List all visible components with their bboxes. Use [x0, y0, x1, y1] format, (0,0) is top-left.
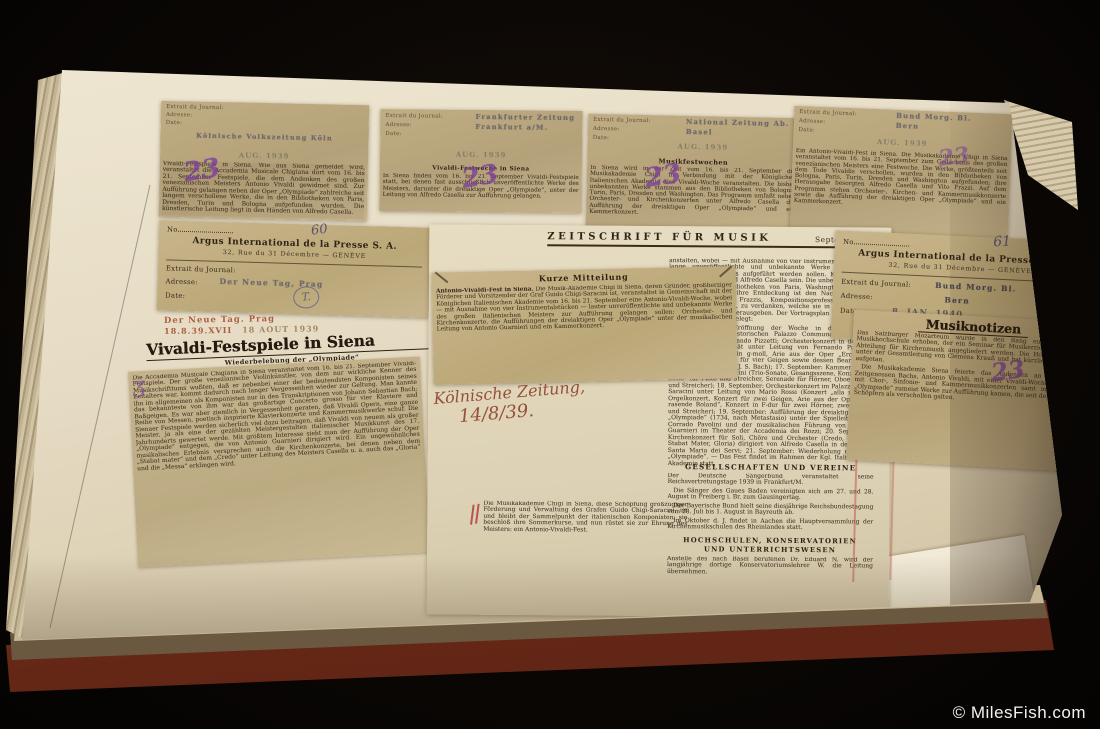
clipping-frankfurter-zeitung: Extrait du Journal: Adresse: Date: Frank…: [379, 109, 582, 213]
date-label: Date:: [385, 131, 402, 137]
right-clipping-paragraph: Die Musikakademie Siena feierte das Ande…: [854, 364, 1087, 408]
journal-address-stamp: Frankfurt a/M.: [475, 123, 548, 132]
left-clipping-body: Die Accademia Musicale Chigiana in Siena…: [132, 361, 425, 564]
journal-label: Extrait du Journal:: [841, 278, 911, 289]
societies-heading: GESELLSCHAFTEN UND VEREINE: [668, 462, 874, 472]
date-label: Date:: [593, 135, 610, 141]
clipping-body: Ein Antonio-Vivaldi-Fest in Siena. Die M…: [793, 148, 1008, 234]
purple-scribble: ʒ: [132, 373, 146, 399]
journal-stamp: Bund Morg. Bl.: [935, 281, 1017, 294]
watermark: © MilesFish.com: [953, 703, 1086, 723]
schools-body: Anstelle des nach Basel berufenen Dr. Ed…: [667, 556, 873, 585]
journal-address-stamp: Basel: [686, 128, 713, 137]
adresse-label: Adresse:: [840, 292, 873, 301]
magazine-title: ZEITSCHRIFT FÜR MUSIK: [547, 231, 771, 244]
journal-date-stamp-line2: 18.8.39.XVII: [164, 325, 232, 336]
handwritten-mark-23: 23: [460, 159, 501, 195]
handwritten-mark-23: 23: [937, 142, 971, 172]
clipping-bund-morgenblatt-1939: Extrait du Journal: Adresse: Date: Bund …: [790, 106, 1013, 240]
handwritten-mark-23: 23: [643, 159, 683, 194]
argus-letterhead-left: No 60 Argus International de la Presse S…: [157, 220, 431, 318]
societies-paragraphs: Der Deutsche Sängerbund veranstaltet sei…: [667, 473, 873, 534]
scrapbook-photo: Extrait du Journal: Adresse: Date: Kölni…: [0, 0, 1100, 729]
clipping-body: In Siena wird in der Zeit vom 16. bis 21…: [589, 165, 796, 229]
journal-address-stamp: Bern: [944, 295, 970, 305]
adresse-label: Adresse:: [593, 126, 620, 133]
adresse-label: Adresse:: [165, 277, 197, 286]
journal-label: Extrait du Journal:: [166, 264, 236, 274]
zeitschrift-fuer-musik-page: ZEITSCHRIFT FÜR MUSIK September 1939 ans…: [427, 224, 892, 617]
no-label: No: [843, 237, 909, 249]
journal-address-stamp: Bern: [896, 122, 920, 131]
adresse-label: Adresse:: [166, 112, 193, 119]
left-clipping-body-piece: Die Accademia Musicale Chigiana in Siena…: [128, 356, 430, 567]
societies-paragraph: Die Sänger des Gaues Baden vereinigten s…: [667, 488, 873, 502]
handwritten-number: 61: [993, 233, 1012, 250]
journal-label: Extrait du Journal:: [593, 117, 651, 124]
handwritten-initial: T.: [292, 285, 320, 309]
no-dotted-line: [854, 237, 909, 246]
societies-paragraph: Der Deutsche Sängerbund veranstaltet sei…: [668, 473, 874, 487]
journal-stamp: Kölnische Volkszeitung Köln: [160, 131, 368, 143]
societies-paragraph: Der Bayerische Bund hielt seine diesjähr…: [667, 503, 873, 517]
no-label: No: [167, 224, 233, 235]
journal-stamp: National Zeitung Ab. Bl.: [686, 118, 808, 129]
journal-label: Extrait du Journal:: [385, 113, 443, 120]
schools-heading-line1: HOCHSCHULEN, KONSERVATORIEN: [667, 536, 873, 545]
kurze-mitteilung-clipping: Kurze Mitteilung Antonio-Vivaldi-Fest in…: [432, 266, 738, 384]
handwritten-mark-23: 23: [989, 354, 1026, 387]
schools-heading-line2: UND UNTERRICHTSWESEN: [667, 545, 873, 554]
date-label: Date:: [798, 127, 815, 134]
date-label: Date:: [165, 291, 185, 300]
no-label-text: No: [167, 225, 178, 233]
journal-label: Extrait du Journal:: [166, 104, 224, 111]
date-stamp: AUG. 1939: [380, 149, 582, 160]
red-margin-mark: [475, 504, 480, 524]
clipping-koelnische-volkszeitung: Extrait du Journal: Adresse: Date: Kölni…: [159, 101, 369, 221]
journal-label: Extrait du Journal:: [799, 109, 857, 117]
marked-bottom-paragraph: Die Musikakademie Chigi in Siena, diese …: [483, 501, 687, 550]
handwritten-source-note: Kölnische Zeitung, 14/8/39.: [433, 377, 588, 429]
societies-paragraph: Im Oktober d. J. findet in Aachen die Ha…: [667, 518, 873, 532]
no-label-text: No: [843, 238, 854, 246]
red-margin-mark: [470, 505, 475, 525]
journal-stamp: Bund Morg. Bl.: [896, 112, 972, 123]
date-label: Date:: [166, 120, 183, 126]
handwritten-mark-23: 23: [182, 153, 222, 188]
date-stamp: AUG. 1939: [677, 142, 728, 152]
clipping-national-zeitung: Extrait du Journal: Adresse: Date: Natio…: [586, 114, 800, 232]
right-clipping-body: Das Salzburger Mozarteum wurde in den Ra…: [850, 330, 1088, 468]
adresse-label: Adresse:: [799, 118, 826, 125]
adresse-label: Adresse:: [385, 122, 412, 128]
journal-stamp: Frankfurter Zeitung: [475, 113, 575, 122]
notice-body: Antonio-Vivaldi-Fest in Siena. Die Musik…: [436, 282, 734, 381]
musiknotizen-clipping: Musiknotizen Das Salzburger Mozarteum wu…: [846, 310, 1094, 472]
no-dotted-line: [178, 225, 233, 234]
handwritten-number: 60: [310, 222, 328, 239]
